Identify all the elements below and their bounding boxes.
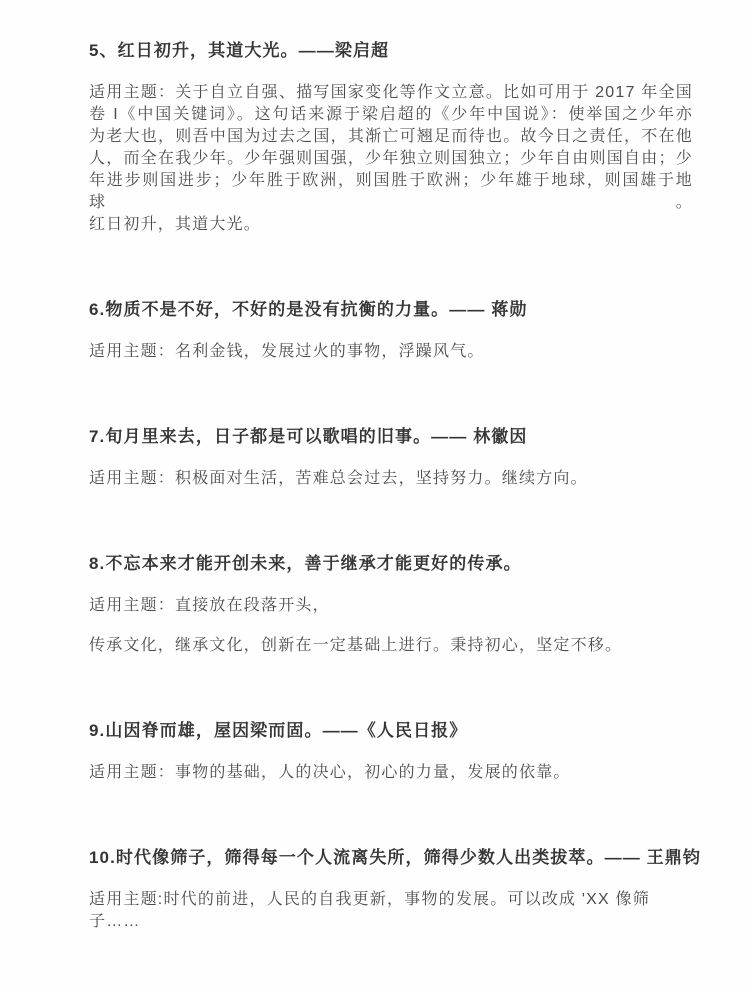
paragraph-line: 适用主题：关于自立自强、描写国家变化等作文立意。比如可用于 2017 年全国 [89,82,693,104]
quote-section-9: 9.山因脊而雄，屋因梁而固。——《人民日报》 适用主题：事物的基础，人的决心，初… [89,719,693,784]
paragraph-line: 适用主题：事物的基础，人的决心，初心的力量，发展的依靠。 [89,762,693,784]
paragraph-line: 红日初升，其道大光。 [89,214,693,236]
paragraph-line: 为老大也，则吾中国为过去之国，其渐亡可翘足而待也。故今日之责任，不在他 [89,126,693,148]
paragraph-line: 年进步则国进步；少年胜于欧洲，则国胜于欧洲；少年雄于地球，则国雄于地球。 [89,170,693,214]
paragraph-line: 人，而全在我少年。少年强则国强，少年独立则国独立；少年自由则国自由；少 [89,148,693,170]
theme-paragraph-8a: 适用主题：直接放在段落开头， [89,595,693,617]
theme-paragraph-9: 适用主题：事物的基础，人的决心，初心的力量，发展的依靠。 [89,762,693,784]
quote-heading-5: 5、红日初升，其道大光。——梁启超 [89,39,693,63]
quote-section-7: 7.旬月里来去，日子都是可以歌唱的旧事。—— 林徽因 适用主题：积极面对生活，苦… [89,425,693,490]
quote-heading-8: 8.不忘本来才能开创未来，善于继承才能更好的传承。 [89,552,693,576]
paragraph-line: 适用主题:时代的前进，人民的自我更新，事物的发展。可以改成 'XX 像筛子…… [89,889,693,933]
paragraph-line: 适用主题：积极面对生活，苦难总会过去，坚持努力。继续方向。 [89,468,693,490]
quote-heading-10: 10.时代像筛子，筛得每一个人流离失所，筛得少数人出类拔萃。—— 王鼎钧 [89,846,693,870]
quote-section-6: 6.物质不是不好，不好的是没有抗衡的力量。—— 蒋勋 适用主题：名利金钱，发展过… [89,298,693,363]
document-content: 5、红日初升，其道大光。——梁启超 适用主题：关于自立自强、描写国家变化等作文立… [89,39,693,987]
quote-section-8: 8.不忘本来才能开创未来，善于继承才能更好的传承。 适用主题：直接放在段落开头，… [89,552,693,657]
quote-section-5: 5、红日初升，其道大光。——梁启超 适用主题：关于自立自强、描写国家变化等作文立… [89,39,693,236]
theme-paragraph-5: 适用主题：关于自立自强、描写国家变化等作文立意。比如可用于 2017 年全国 卷… [89,82,693,236]
document-page: 5、红日初升，其道大光。——梁启超 适用主题：关于自立自强、描写国家变化等作文立… [0,0,753,987]
paragraph-line: 适用主题：名利金钱，发展过火的事物，浮躁风气。 [89,341,693,363]
theme-paragraph-10: 适用主题:时代的前进，人民的自我更新，事物的发展。可以改成 'XX 像筛子…… [89,889,693,933]
theme-paragraph-7: 适用主题：积极面对生活，苦难总会过去，坚持努力。继续方向。 [89,468,693,490]
quote-heading-6: 6.物质不是不好，不好的是没有抗衡的力量。—— 蒋勋 [89,298,693,322]
paragraph-line: 卷 I《中国关键词》。这句话来源于梁启超的《少年中国说》：使举国之少年亦 [89,104,693,126]
theme-paragraph-6: 适用主题：名利金钱，发展过火的事物，浮躁风气。 [89,341,693,363]
paragraph-line: 适用主题：直接放在段落开头， [89,595,693,617]
quote-section-10: 10.时代像筛子，筛得每一个人流离失所，筛得少数人出类拔萃。—— 王鼎钧 适用主… [89,846,693,933]
quote-heading-9: 9.山因脊而雄，屋因梁而固。——《人民日报》 [89,719,693,743]
quote-heading-7: 7.旬月里来去，日子都是可以歌唱的旧事。—— 林徽因 [89,425,693,449]
paragraph-line: 传承文化，继承文化，创新在一定基础上进行。秉持初心，坚定不移。 [89,635,693,657]
theme-paragraph-8b: 传承文化，继承文化，创新在一定基础上进行。秉持初心，坚定不移。 [89,635,693,657]
